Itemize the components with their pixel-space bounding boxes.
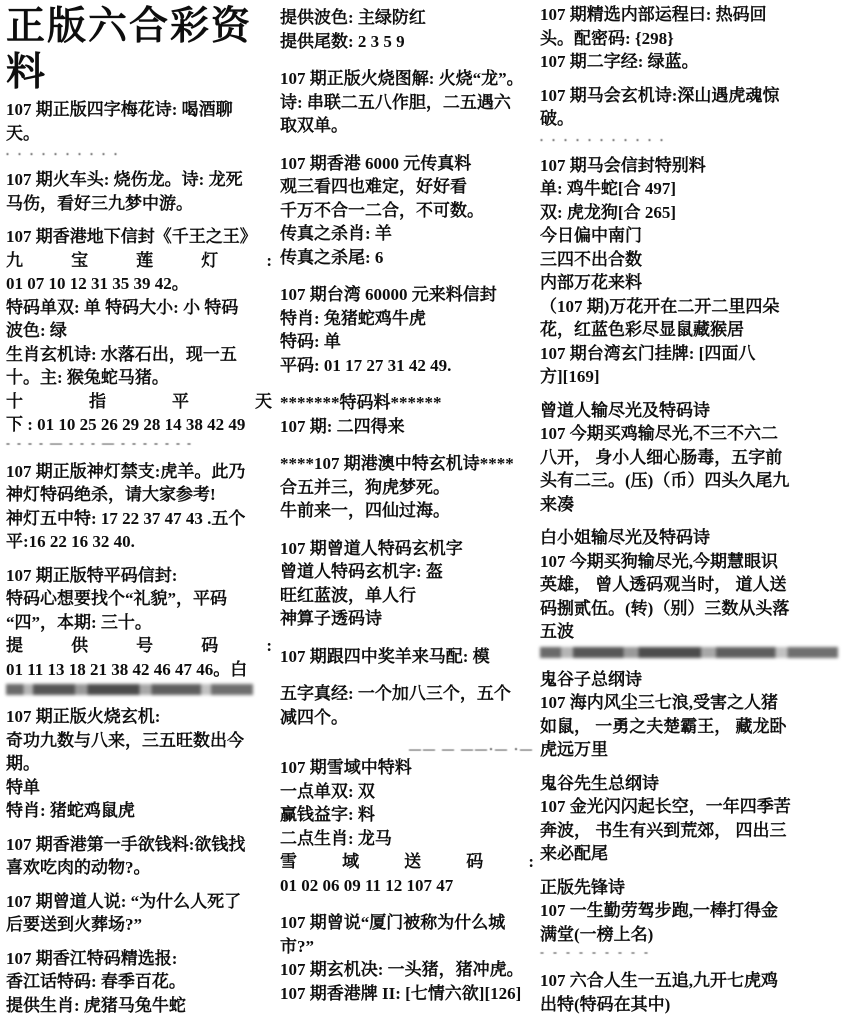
text-line: 传真之杀肖: 羊 bbox=[280, 222, 534, 246]
text-line: 五波 bbox=[540, 620, 860, 644]
text-line: 来必配尾 bbox=[540, 842, 860, 866]
text-block: 107 期香江特码精选报:香江话特码: 春季百花。提供生肖: 虎猪马兔牛蛇 bbox=[6, 947, 272, 1018]
text-line: 如鼠， 一勇之夫楚霸王， 藏龙卧 bbox=[540, 715, 860, 739]
text-line: 传真之杀尾: 6 bbox=[280, 246, 534, 270]
separator-artifact: . . . . . . . . . . . bbox=[540, 131, 860, 144]
text-line: 香江话特码: 春季百花。 bbox=[6, 970, 272, 994]
text-line: 01 07 10 12 31 35 39 42。 bbox=[6, 272, 272, 296]
text-line: 特码: 单 bbox=[280, 330, 534, 354]
text-block: 107 期曾道人说: “为什么人死了后要送到火葬场?” bbox=[6, 890, 272, 937]
text-block: 正版先锋诗107 一生勤劳驾步跑,一棒打得金满堂(一榜上名)- - - - - … bbox=[540, 876, 860, 960]
text-line: 107 期精选内部运程曰: 热码回 bbox=[540, 3, 860, 27]
text-line: 提供尾数: 2 3 5 9 bbox=[280, 30, 534, 54]
text-line: 107 今期买鸡输尽光,不三不六二 bbox=[540, 422, 860, 446]
text-line: 特肖: 兔猪蛇鸡牛虎 bbox=[280, 307, 534, 331]
text-line: 波色: 绿 bbox=[6, 319, 272, 343]
column-right: 107 期精选内部运程曰: 热码回头。配密码: {298}107 期二字经: 绿… bbox=[540, 3, 860, 1024]
text-line: 107 期正版特平码信封: bbox=[6, 564, 272, 588]
text-line: 107 期玄机决: 一头猪，猪冲虎。 bbox=[280, 958, 534, 982]
text-line: 减四个。 bbox=[280, 706, 534, 730]
text-line: 天。 bbox=[6, 122, 272, 146]
text-line: 107 期马会信封特别料 bbox=[540, 154, 860, 178]
text-line: 特单 bbox=[6, 776, 272, 800]
text-line: 特码心想要找个“礼貌”，平码 bbox=[6, 587, 272, 611]
text-line: 英雄， 曾人透码观当时， 道人送 bbox=[540, 573, 860, 597]
text-line: 神灯特码绝杀，请大家参考! bbox=[6, 483, 272, 507]
text-block: 107 期正版火烧图解: 火烧“龙”。诗: 串联二五八作胆，二五遇六取双单。 bbox=[280, 67, 534, 138]
text-line: 头有二三。(压)（币）四头久尾九 bbox=[540, 469, 860, 493]
text-line: 107 期正版四字梅花诗: 喝酒聊 bbox=[6, 98, 272, 122]
text-line: 一点单双: 双 bbox=[280, 780, 534, 804]
text-line: 107 期曾道人说: “为什么人死了 bbox=[6, 890, 272, 914]
text-line: 特码单双: 单 特码大小: 小 特码 bbox=[6, 296, 272, 320]
text-block: 107 期曾道人特码玄机字曾道人特码玄机字: 盔旺红蓝波，单人行神算子透码诗 bbox=[280, 537, 534, 631]
smudge-mark bbox=[6, 684, 253, 695]
text-line: 107 期跟四中奖羊来马配: 模 bbox=[280, 645, 534, 669]
text-line: 提 供 号 码 : bbox=[6, 634, 272, 658]
text-line: 诗: 串联二五八作胆，二五遇六 bbox=[280, 91, 534, 115]
text-block: *******特码料******107 期: 二四得来 bbox=[280, 391, 534, 438]
text-line: 107 一生勤劳驾步跑,一棒打得金 bbox=[540, 899, 860, 923]
column-middle: 提供波色: 主绿防红提供尾数: 2 3 5 9107 期正版火烧图解: 火烧“龙… bbox=[280, 6, 534, 1019]
text-line: 平码: 01 17 27 31 42 49. bbox=[280, 354, 534, 378]
text-line: 01 11 13 18 21 38 42 46 47 46。白 bbox=[6, 658, 272, 682]
text-line: 107 期火车头: 烧伤龙。诗: 龙死 bbox=[6, 168, 272, 192]
text-block: 107 期香港 6000 元传真料观三看四也难定，好好看千万不合一二合，不可数。… bbox=[280, 152, 534, 270]
text-block: 正版六合彩资料 bbox=[6, 4, 272, 96]
text-line: 今日偏中南门 bbox=[540, 224, 860, 248]
text-line: 鬼谷子总纲诗 bbox=[540, 668, 860, 692]
separator-artifact: - - - - - - - - - bbox=[540, 946, 860, 959]
text-line: 取双单。 bbox=[280, 114, 534, 138]
text-line: 十 指 平 天 bbox=[6, 390, 272, 414]
text-block: 107 期精选内部运程曰: 热码回头。配密码: {298}107 期二字经: 绿… bbox=[540, 3, 860, 74]
text-block: 107 期香港第一手欲钱料:欲钱找喜欢吃肉的动物?。 bbox=[6, 833, 272, 880]
text-line: 雪 域 送 码 : bbox=[280, 850, 534, 874]
text-line: 生肖玄机诗: 水落石出，现一五 bbox=[6, 343, 272, 367]
text-line: 二点生肖: 龙马 bbox=[280, 827, 534, 851]
text-line: 特肖: 猪蛇鸡鼠虎 bbox=[6, 799, 272, 823]
text-line: 107 期台湾玄门挂牌: [四面八 bbox=[540, 342, 860, 366]
text-line: 曾道人特码玄机字: 盔 bbox=[280, 560, 534, 584]
text-line: 107 期马会玄机诗:深山遇虎魂惊 bbox=[540, 84, 860, 108]
text-line: 满堂(一榜上名) bbox=[540, 923, 860, 947]
text-line: 方][169] bbox=[540, 365, 860, 389]
text-line: 鬼谷先生总纲诗 bbox=[540, 772, 860, 796]
text-line: 虎远万里 bbox=[540, 738, 860, 762]
smudge-mark bbox=[540, 647, 838, 658]
separator-artifact: —— — ——·— ·— bbox=[280, 743, 534, 756]
text-line: 内部万花来料 bbox=[540, 271, 860, 295]
text-block: 鬼谷先生总纲诗107 金光闪闪起长空，一年四季苦奔波， 书生有兴到荒郊， 四出三… bbox=[540, 772, 860, 866]
text-line: 码捌贰伍。(转)（别）三数从头落 bbox=[540, 597, 860, 621]
text-line: 正版先锋诗 bbox=[540, 876, 860, 900]
text-line: 107 期香港 6000 元传真料 bbox=[280, 152, 534, 176]
text-block: 107 期正版特平码信封:特码心想要找个“礼貌”，平码“四”，本期: 三十。提 … bbox=[6, 564, 272, 696]
text-line: 107 期正版火烧玄机: bbox=[6, 705, 272, 729]
text-line: 三四不出合数 bbox=[540, 248, 860, 272]
text-block: 白小姐输尽光及特码诗107 今期买狗输尽光,今期慧眼识英雄， 曾人透码观当时， … bbox=[540, 526, 860, 658]
column-left: 正版六合彩资料107 期正版四字梅花诗: 喝酒聊天。. . . . . . . … bbox=[6, 4, 272, 1024]
text-line: 牛前来一，四仙过海。 bbox=[280, 499, 534, 523]
text-line: 107 期正版神灯禁支:虎羊。此乃 bbox=[6, 460, 272, 484]
separator-artifact: . . . . . . . . . . bbox=[6, 145, 272, 158]
text-block: 107 期香港地下信封《千王之王》九 宝 莲 灯 :01 07 10 12 31… bbox=[6, 225, 272, 450]
text-line: 喜欢吃肉的动物?。 bbox=[6, 856, 272, 880]
text-line: 赢钱益字: 料 bbox=[280, 803, 534, 827]
text-line: 合五并三，狗虎梦死。 bbox=[280, 476, 534, 500]
text-block: 鬼谷子总纲诗107 海内风尘三七浪,受害之人猪如鼠， 一勇之夫楚霸王， 藏龙卧虎… bbox=[540, 668, 860, 762]
text-line: 八开， 身小人细心肠毒，五字前 bbox=[540, 446, 860, 470]
text-block: 五字真经: 一个加八三个，五个减四个。 bbox=[280, 682, 534, 729]
text-line: 107 海内风尘三七浪,受害之人猪 bbox=[540, 691, 860, 715]
page-title: 正版六合彩资 bbox=[6, 4, 272, 50]
text-line: 神算子透码诗 bbox=[280, 607, 534, 631]
text-line: 107 期曾说“厦门被称为什么城 bbox=[280, 911, 534, 935]
text-line: 期。 bbox=[6, 752, 272, 776]
text-line: 107 期正版火烧图解: 火烧“龙”。 bbox=[280, 67, 534, 91]
text-line: 单: 鸡牛蛇[合 497] bbox=[540, 177, 860, 201]
text-block: 107 期曾说“厦门被称为什么城市?”107 期玄机决: 一头猪，猪冲虎。107… bbox=[280, 911, 534, 1005]
text-line: 提供波色: 主绿防红 bbox=[280, 6, 534, 30]
text-block: 曾道人输尽光及特码诗107 今期买鸡输尽光,不三不六二八开， 身小人细心肠毒，五… bbox=[540, 399, 860, 517]
text-line: 曾道人输尽光及特码诗 bbox=[540, 399, 860, 423]
text-line: 十。主: 猴兔蛇马猪。 bbox=[6, 366, 272, 390]
text-line: 107 金光闪闪起长空，一年四季苦 bbox=[540, 795, 860, 819]
text-line: 01 02 06 09 11 12 107 47 bbox=[280, 874, 534, 898]
text-line: 下 : 01 10 25 26 29 28 14 38 42 49 bbox=[6, 413, 272, 437]
text-line: “四”，本期: 三十。 bbox=[6, 611, 272, 635]
text-block: 107 期马会玄机诗:深山遇虎魂惊破。. . . . . . . . . . . bbox=[540, 84, 860, 144]
text-line: 双: 虎龙狗[合 265] bbox=[540, 201, 860, 225]
text-block: 107 期马会信封特别料单: 鸡牛蛇[合 497]双: 虎龙狗[合 265]今日… bbox=[540, 154, 860, 389]
text-line: 破。 bbox=[540, 107, 860, 131]
separator-artifact: - - - - — - - - — - - - - - - - bbox=[6, 437, 272, 450]
text-line: 头。配密码: {298} bbox=[540, 27, 860, 51]
text-block: 107 期台湾 60000 元来料信封特肖: 兔猪蛇鸡牛虎特码: 单平码: 01… bbox=[280, 283, 534, 377]
text-line: 107 期雪域中特料 bbox=[280, 756, 534, 780]
text-line: 奔波， 书生有兴到荒郊， 四出三 bbox=[540, 819, 860, 843]
text-line: 来凑 bbox=[540, 493, 860, 517]
text-block: 107 期火车头: 烧伤龙。诗: 龙死马伤，看好三九梦中游。 bbox=[6, 168, 272, 215]
text-line: 后要送到火葬场?” bbox=[6, 913, 272, 937]
text-line: 107 期香港牌 II: [七情六欲][126] bbox=[280, 982, 534, 1006]
text-line: 马伤，看好三九梦中游。 bbox=[6, 192, 272, 216]
text-line: 107 期香港第一手欲钱料:欲钱找 bbox=[6, 833, 272, 857]
text-line: 白小姐输尽光及特码诗 bbox=[540, 526, 860, 550]
text-line: （107 期)万花开在二开二里四朵 bbox=[540, 295, 860, 319]
text-line: 提供生肖: 虎猪马兔牛蛇 bbox=[6, 994, 272, 1018]
text-line: 107 今期买狗输尽光,今期慧眼识 bbox=[540, 550, 860, 574]
text-line: 107 期: 二四得来 bbox=[280, 415, 534, 439]
text-line: 奇功九数与八来，三五旺数出今 bbox=[6, 729, 272, 753]
text-line: 平:16 22 16 32 40. bbox=[6, 530, 272, 554]
text-line: 观三看四也难定，好好看 bbox=[280, 175, 534, 199]
text-line: 107 期曾道人特码玄机字 bbox=[280, 537, 534, 561]
text-block: 107 期跟四中奖羊来马配: 模 bbox=[280, 645, 534, 669]
text-block: ****107 期港澳中特玄机诗****合五并三，狗虎梦死。牛前来一，四仙过海。 bbox=[280, 452, 534, 523]
text-line: 神灯五中特: 17 22 37 47 43 .五个 bbox=[6, 507, 272, 531]
text-line: 107 期台湾 60000 元来料信封 bbox=[280, 283, 534, 307]
text-line: 五字真经: 一个加八三个，五个 bbox=[280, 682, 534, 706]
text-line: 107 期二字经: 绿蓝。 bbox=[540, 50, 860, 74]
text-line: 九 宝 莲 灯 : bbox=[6, 249, 272, 273]
text-block: 107 六合人生一五追,九开七虎鸡出特(特码在其中) bbox=[540, 969, 860, 1016]
text-line: 107 期香港地下信封《千王之王》 bbox=[6, 225, 272, 249]
text-block: 107 期正版四字梅花诗: 喝酒聊天。. . . . . . . . . . bbox=[6, 98, 272, 158]
text-line: *******特码料****** bbox=[280, 391, 534, 415]
text-block: —— — ——·— ·—107 期雪域中特料一点单双: 双赢钱益字: 料二点生肖… bbox=[280, 743, 534, 897]
text-line: ****107 期港澳中特玄机诗**** bbox=[280, 452, 534, 476]
text-block: 提供波色: 主绿防红提供尾数: 2 3 5 9 bbox=[280, 6, 534, 53]
text-line: 107 期香江特码精选报: bbox=[6, 947, 272, 971]
text-block: 107 期正版火烧玄机:奇功九数与八来，三五旺数出今期。特单特肖: 猪蛇鸡鼠虎 bbox=[6, 705, 272, 823]
text-line: 市?” bbox=[280, 935, 534, 959]
text-line: 旺红蓝波，单人行 bbox=[280, 584, 534, 608]
page-title: 料 bbox=[6, 50, 272, 96]
text-block: 107 期正版神灯禁支:虎羊。此乃神灯特码绝杀，请大家参考!神灯五中特: 17 … bbox=[6, 460, 272, 554]
text-line: 出特(特码在其中) bbox=[540, 993, 860, 1017]
text-line: 花，红蓝色彩尽显鼠藏猴居 bbox=[540, 318, 860, 342]
lottery-info-sheet: 正版六合彩资料107 期正版四字梅花诗: 喝酒聊天。. . . . . . . … bbox=[0, 0, 862, 1024]
text-line: 千万不合一二合，不可数。 bbox=[280, 199, 534, 223]
text-line: 107 六合人生一五追,九开七虎鸡 bbox=[540, 969, 860, 993]
